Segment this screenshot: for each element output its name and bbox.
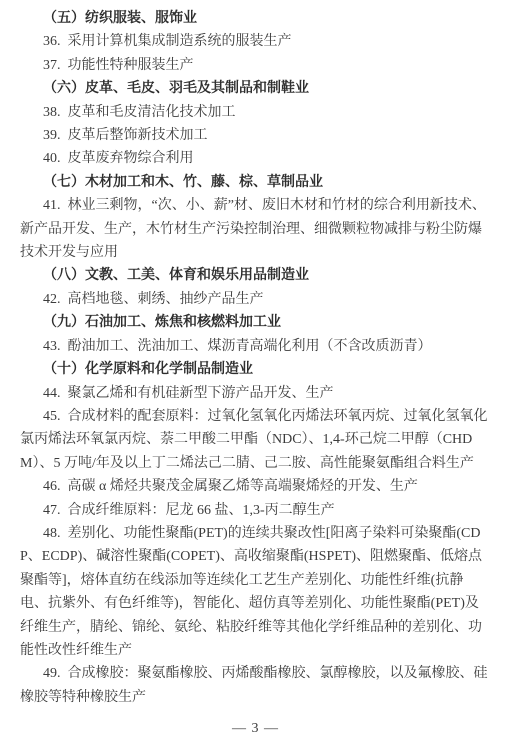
item-text: 皮革废弃物综合利用 xyxy=(68,151,194,166)
section-heading: （七）木材加工和木、竹、藤、棕、草制品业 xyxy=(20,171,491,194)
item-number: 43. xyxy=(43,339,68,354)
catalog-item: 41.林业三剩物，“次、小、薪”材、废旧木材和竹材的综合利用新技术、新产品开发、… xyxy=(20,194,491,264)
item-number: 46. xyxy=(43,479,68,494)
catalog-item: 38.皮革和毛皮清洁化技术加工 xyxy=(20,101,491,124)
item-number: 44. xyxy=(43,386,68,401)
item-number: 37. xyxy=(43,58,68,73)
section-heading: （九）石油加工、炼焦和核燃料加工业 xyxy=(20,311,491,334)
catalog-item: 39.皮革后整饰新技术加工 xyxy=(20,124,491,147)
item-text: 合成纤维原料：尼龙 66 盐、1,3-丙二醇生产 xyxy=(68,503,335,518)
catalog-item: 48.差别化、功能性聚酯(PET)的连续共聚改性[阳离子染料可染聚酯(CDP、E… xyxy=(20,522,491,662)
item-text: 差别化、功能性聚酯(PET)的连续共聚改性[阳离子染料可染聚酯(CDP、ECDP… xyxy=(20,526,482,658)
item-text: 合成材料的配套原料：过氧化氢氧化丙烯法环氧丙烷、过氧化氢氧化氯丙烯法环氧氯丙烷、… xyxy=(20,409,488,471)
item-text: 采用计算机集成制造系统的服装生产 xyxy=(68,34,292,49)
item-text: 聚氯乙烯和有机硅新型下游产品开发、生产 xyxy=(68,386,334,401)
catalog-item: 43.酚油加工、洗油加工、煤沥青高端化利用（不含改质沥青） xyxy=(20,335,491,358)
item-number: 48. xyxy=(43,526,68,541)
item-text: 功能性特种服装生产 xyxy=(68,58,194,73)
catalog-item: 40.皮革废弃物综合利用 xyxy=(20,147,491,170)
catalog-item: 44.聚氯乙烯和有机硅新型下游产品开发、生产 xyxy=(20,382,491,405)
catalog-item: 42.高档地毯、刺绣、抽纱产品生产 xyxy=(20,288,491,311)
item-number: 36. xyxy=(43,34,68,49)
section-heading: （十）化学原料和化学制品制造业 xyxy=(20,358,491,381)
catalog-item: 37.功能性特种服装生产 xyxy=(20,54,491,77)
item-text: 酚油加工、洗油加工、煤沥青高端化利用（不含改质沥青） xyxy=(68,339,432,354)
item-text: 高档地毯、刺绣、抽纱产品生产 xyxy=(68,292,264,307)
section-heading: （八）文教、工美、体育和娱乐用品制造业 xyxy=(20,264,491,287)
item-text: 皮革和毛皮清洁化技术加工 xyxy=(68,105,236,120)
item-number: 49. xyxy=(43,666,68,681)
item-number: 38. xyxy=(43,105,68,120)
document-page: （五）纺织服装、服饰业36.采用计算机集成制造系统的服装生产37.功能性特种服装… xyxy=(0,0,519,741)
item-number: 45. xyxy=(43,409,68,424)
catalog-item: 46.高碳 α 烯烃共聚茂金属聚乙烯等高端聚烯烃的开发、生产 xyxy=(20,475,491,498)
item-number: 41. xyxy=(43,198,68,213)
item-text: 林业三剩物，“次、小、薪”材、废旧木材和竹材的综合利用新技术、新产品开发、生产，… xyxy=(20,198,486,260)
document-body: （五）纺织服装、服饰业36.采用计算机集成制造系统的服装生产37.功能性特种服装… xyxy=(20,7,491,709)
section-heading: （六）皮革、毛皮、羽毛及其制品和制鞋业 xyxy=(20,77,491,100)
catalog-item: 36.采用计算机集成制造系统的服装生产 xyxy=(20,30,491,53)
item-number: 47. xyxy=(43,503,68,518)
catalog-item: 47.合成纤维原料：尼龙 66 盐、1,3-丙二醇生产 xyxy=(20,499,491,522)
item-text: 合成橡胶：聚氨酯橡胶、丙烯酸酯橡胶、氯醇橡胶，以及氟橡胶、硅橡胶等特种橡胶生产 xyxy=(20,666,488,704)
item-text: 皮革后整饰新技术加工 xyxy=(68,128,208,143)
catalog-item: 45.合成材料的配套原料：过氧化氢氧化丙烯法环氧丙烷、过氧化氢氧化氯丙烯法环氧氯… xyxy=(20,405,491,475)
item-text: 高碳 α 烯烃共聚茂金属聚乙烯等高端聚烯烃的开发、生产 xyxy=(68,479,418,494)
item-number: 40. xyxy=(43,151,68,166)
page-number: — 3 — xyxy=(20,717,491,740)
section-heading: （五）纺织服装、服饰业 xyxy=(20,7,491,30)
item-number: 39. xyxy=(43,128,68,143)
item-number: 42. xyxy=(43,292,68,307)
catalog-item: 49.合成橡胶：聚氨酯橡胶、丙烯酸酯橡胶、氯醇橡胶，以及氟橡胶、硅橡胶等特种橡胶… xyxy=(20,662,491,709)
